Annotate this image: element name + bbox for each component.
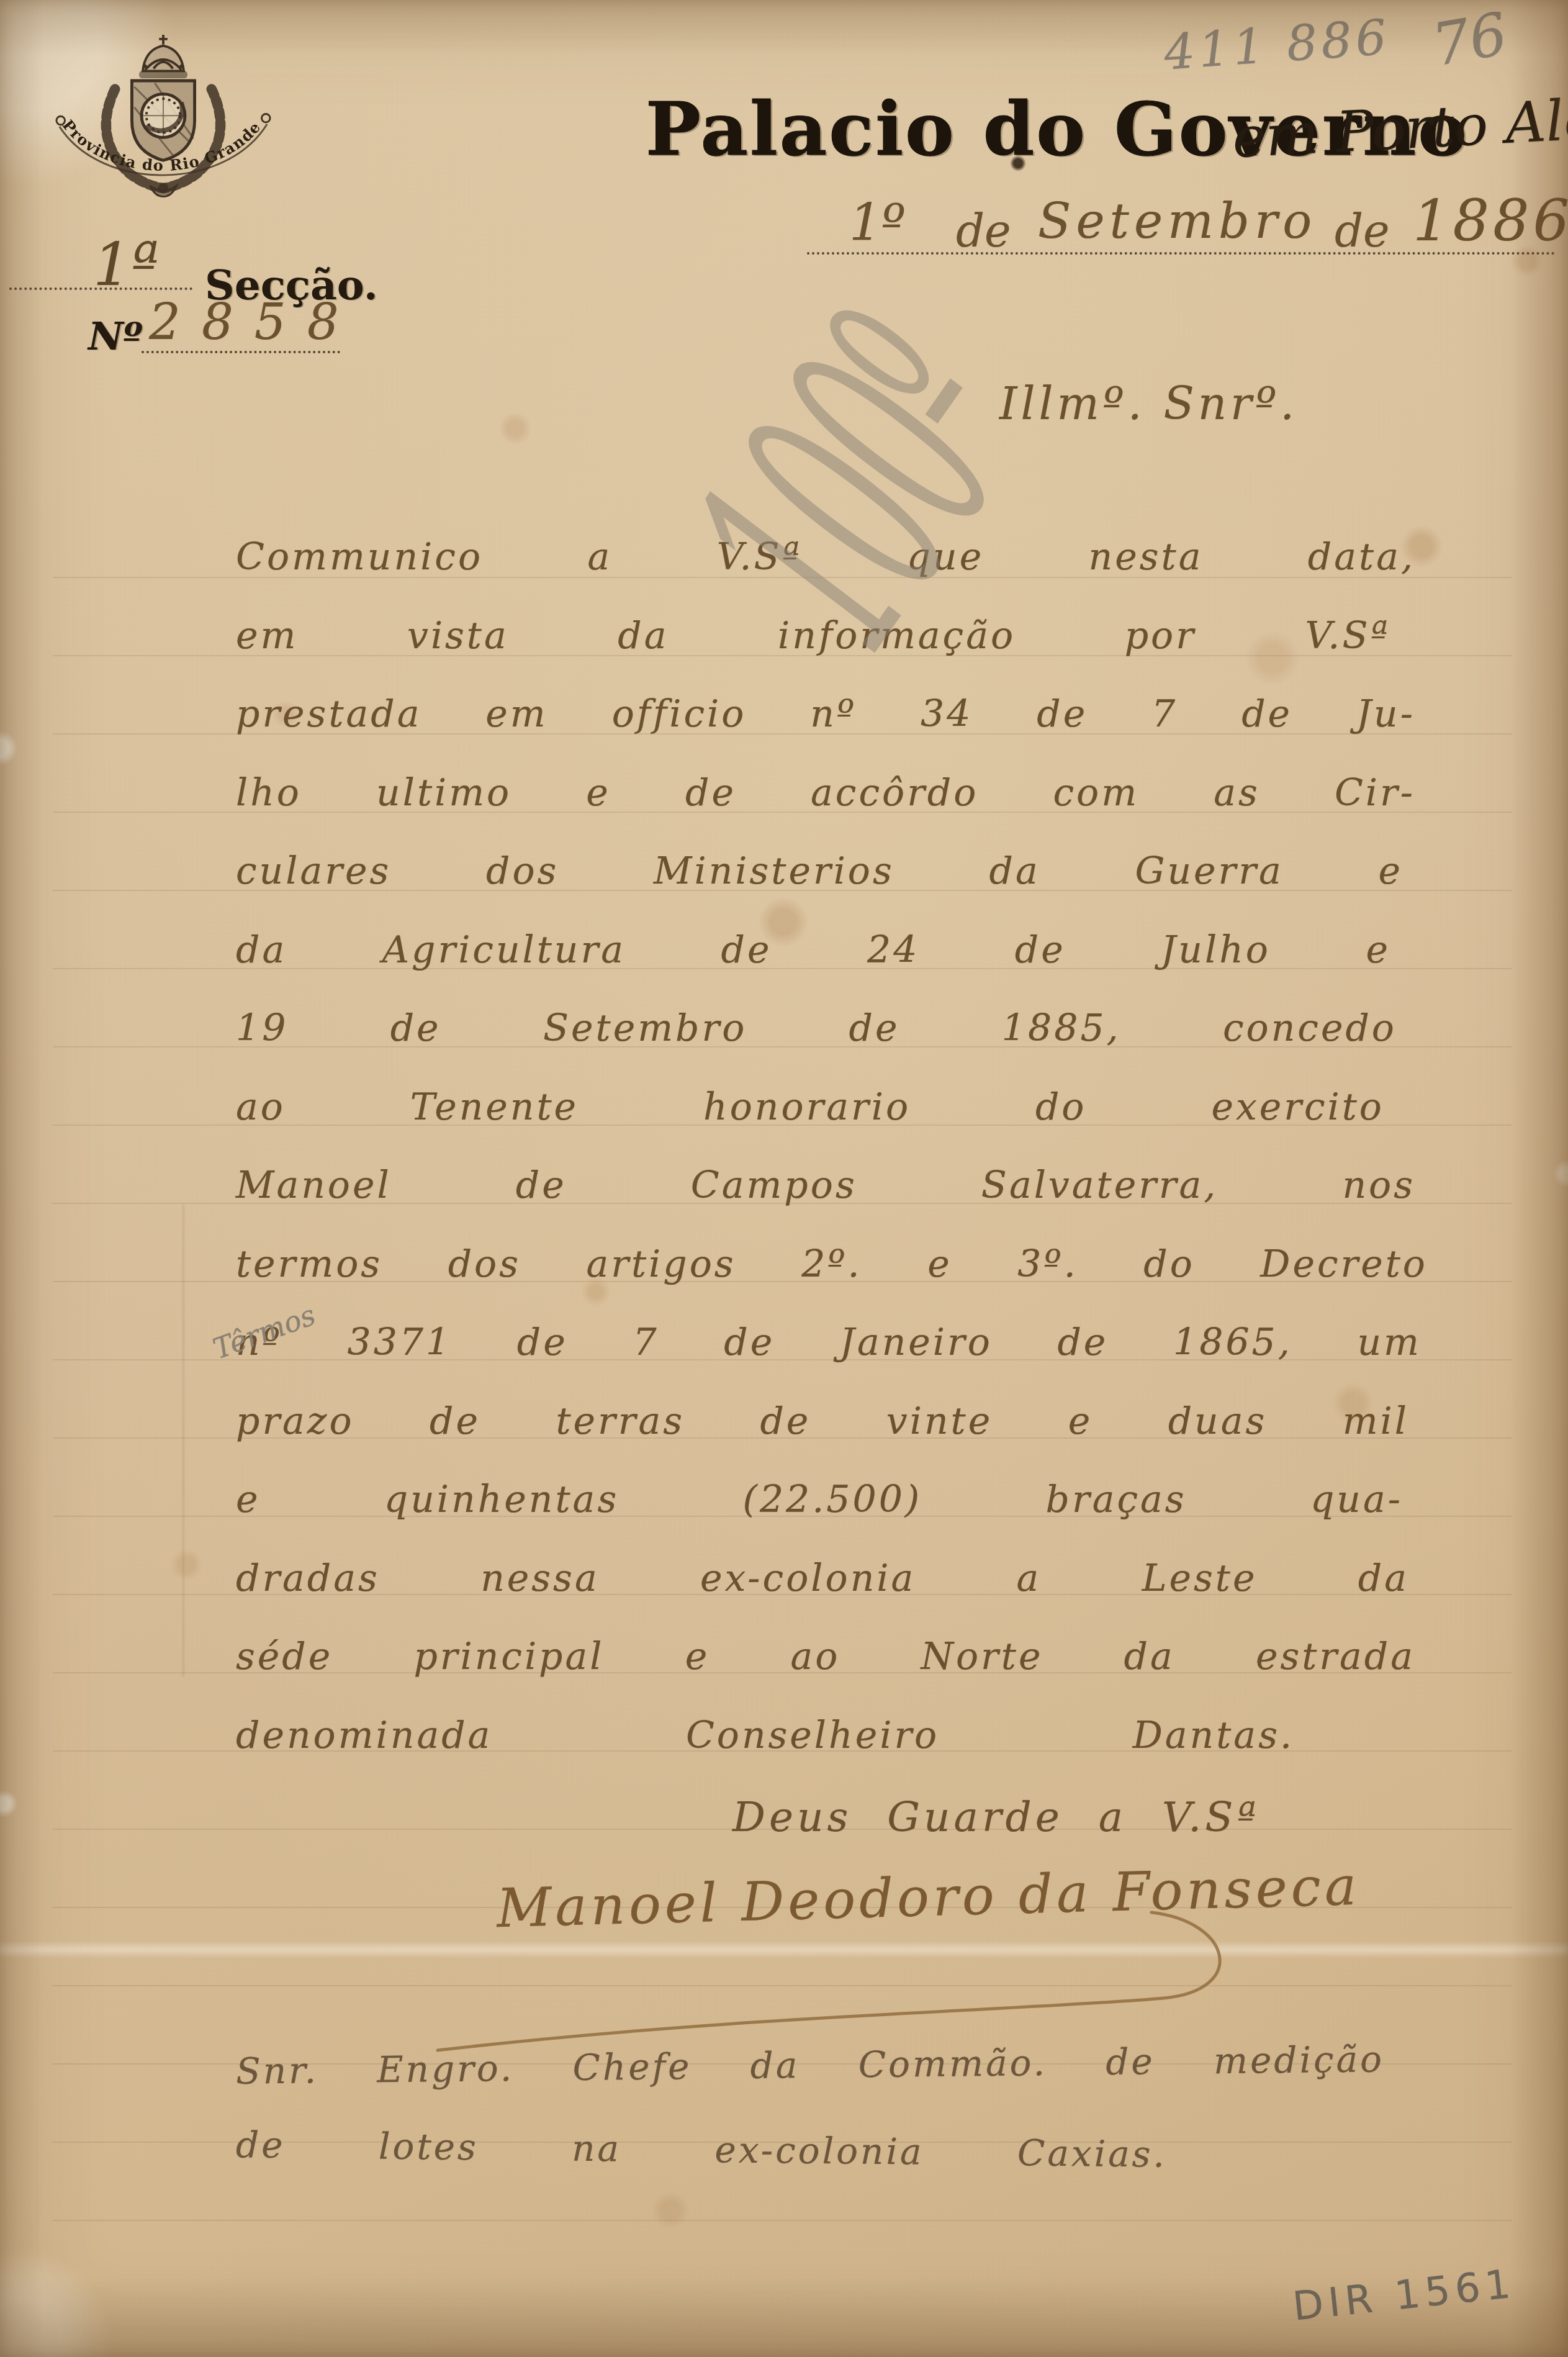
provincial-seal: Provincia do Rio Grande do Sul. [55, 30, 272, 238]
date-de-1: de [956, 205, 1011, 257]
section-number-handwritten: 1ª [93, 230, 160, 299]
closing-formula: Deus Guarde a V.Sª [732, 1793, 1260, 1841]
body-line: dradas nessa ex-colonia a Leste da [236, 1557, 1409, 1600]
number-fill-line [142, 351, 340, 353]
imperial-coat-of-arms-icon: Provincia do Rio Grande do Sul. [55, 30, 272, 238]
body-line: Manoel de Campos Salvaterra, nos [236, 1164, 1415, 1207]
body-line: ao Tenente honorario do exercito [236, 1085, 1384, 1129]
body-line: termos dos artigos 2º. e 3º. do Decreto [236, 1242, 1428, 1286]
addressee-line: de lotes na ex-colonia Caxias. [236, 2124, 1168, 2176]
number-value-handwritten: 2858 [149, 293, 360, 351]
pencil-annotation-registry: 411 886 [1162, 9, 1392, 81]
body-line: culares dos Ministerios da Guerra e [236, 849, 1403, 893]
body-line: prestada em officio nº 34 de 7 de Ju- [236, 692, 1415, 736]
body-line: denominada Conselheiro Dantas. [236, 1714, 1294, 1757]
body-line: lho ultimo e de accôrdo com as Cir- [236, 771, 1415, 815]
body-line: Communico a V.Sª que nesta data, [236, 535, 1415, 579]
body-line: em vista da informação por V.Sª [236, 614, 1390, 658]
date-month: Setembro [1038, 194, 1317, 250]
body-line: nº 3371 de 7 de Janeiro de 1865, um [236, 1321, 1422, 1364]
pencil-annotation-page-number: 76 [1427, 0, 1512, 79]
scanned-letter-page: Provincia do Rio Grande do Sul. Palacio … [0, 0, 1568, 2357]
body-line: 19 de Setembro de 1885, concedo [236, 1007, 1397, 1050]
date-day: 1º [849, 194, 906, 253]
salutation: Illmº. Snrº. [999, 378, 1298, 430]
date-year: 1886 [1413, 188, 1568, 254]
pencil-archive-code: DIR 1561 [1291, 2261, 1518, 2330]
crown-cross-icon [159, 35, 168, 45]
body-line: da Agricultura de 24 de Julho e [236, 928, 1390, 972]
vertical-crease [182, 1205, 184, 1676]
number-label-printed: Nº [88, 314, 143, 359]
body-line: prazo de terras de vinte e duas mil [236, 1400, 1409, 1443]
date-de-2: de [1335, 205, 1390, 257]
body-line: séde principal e ao Norte da estrada [236, 1635, 1415, 1678]
body-line: e quinhentas (22.500) braças qua- [236, 1478, 1403, 1521]
